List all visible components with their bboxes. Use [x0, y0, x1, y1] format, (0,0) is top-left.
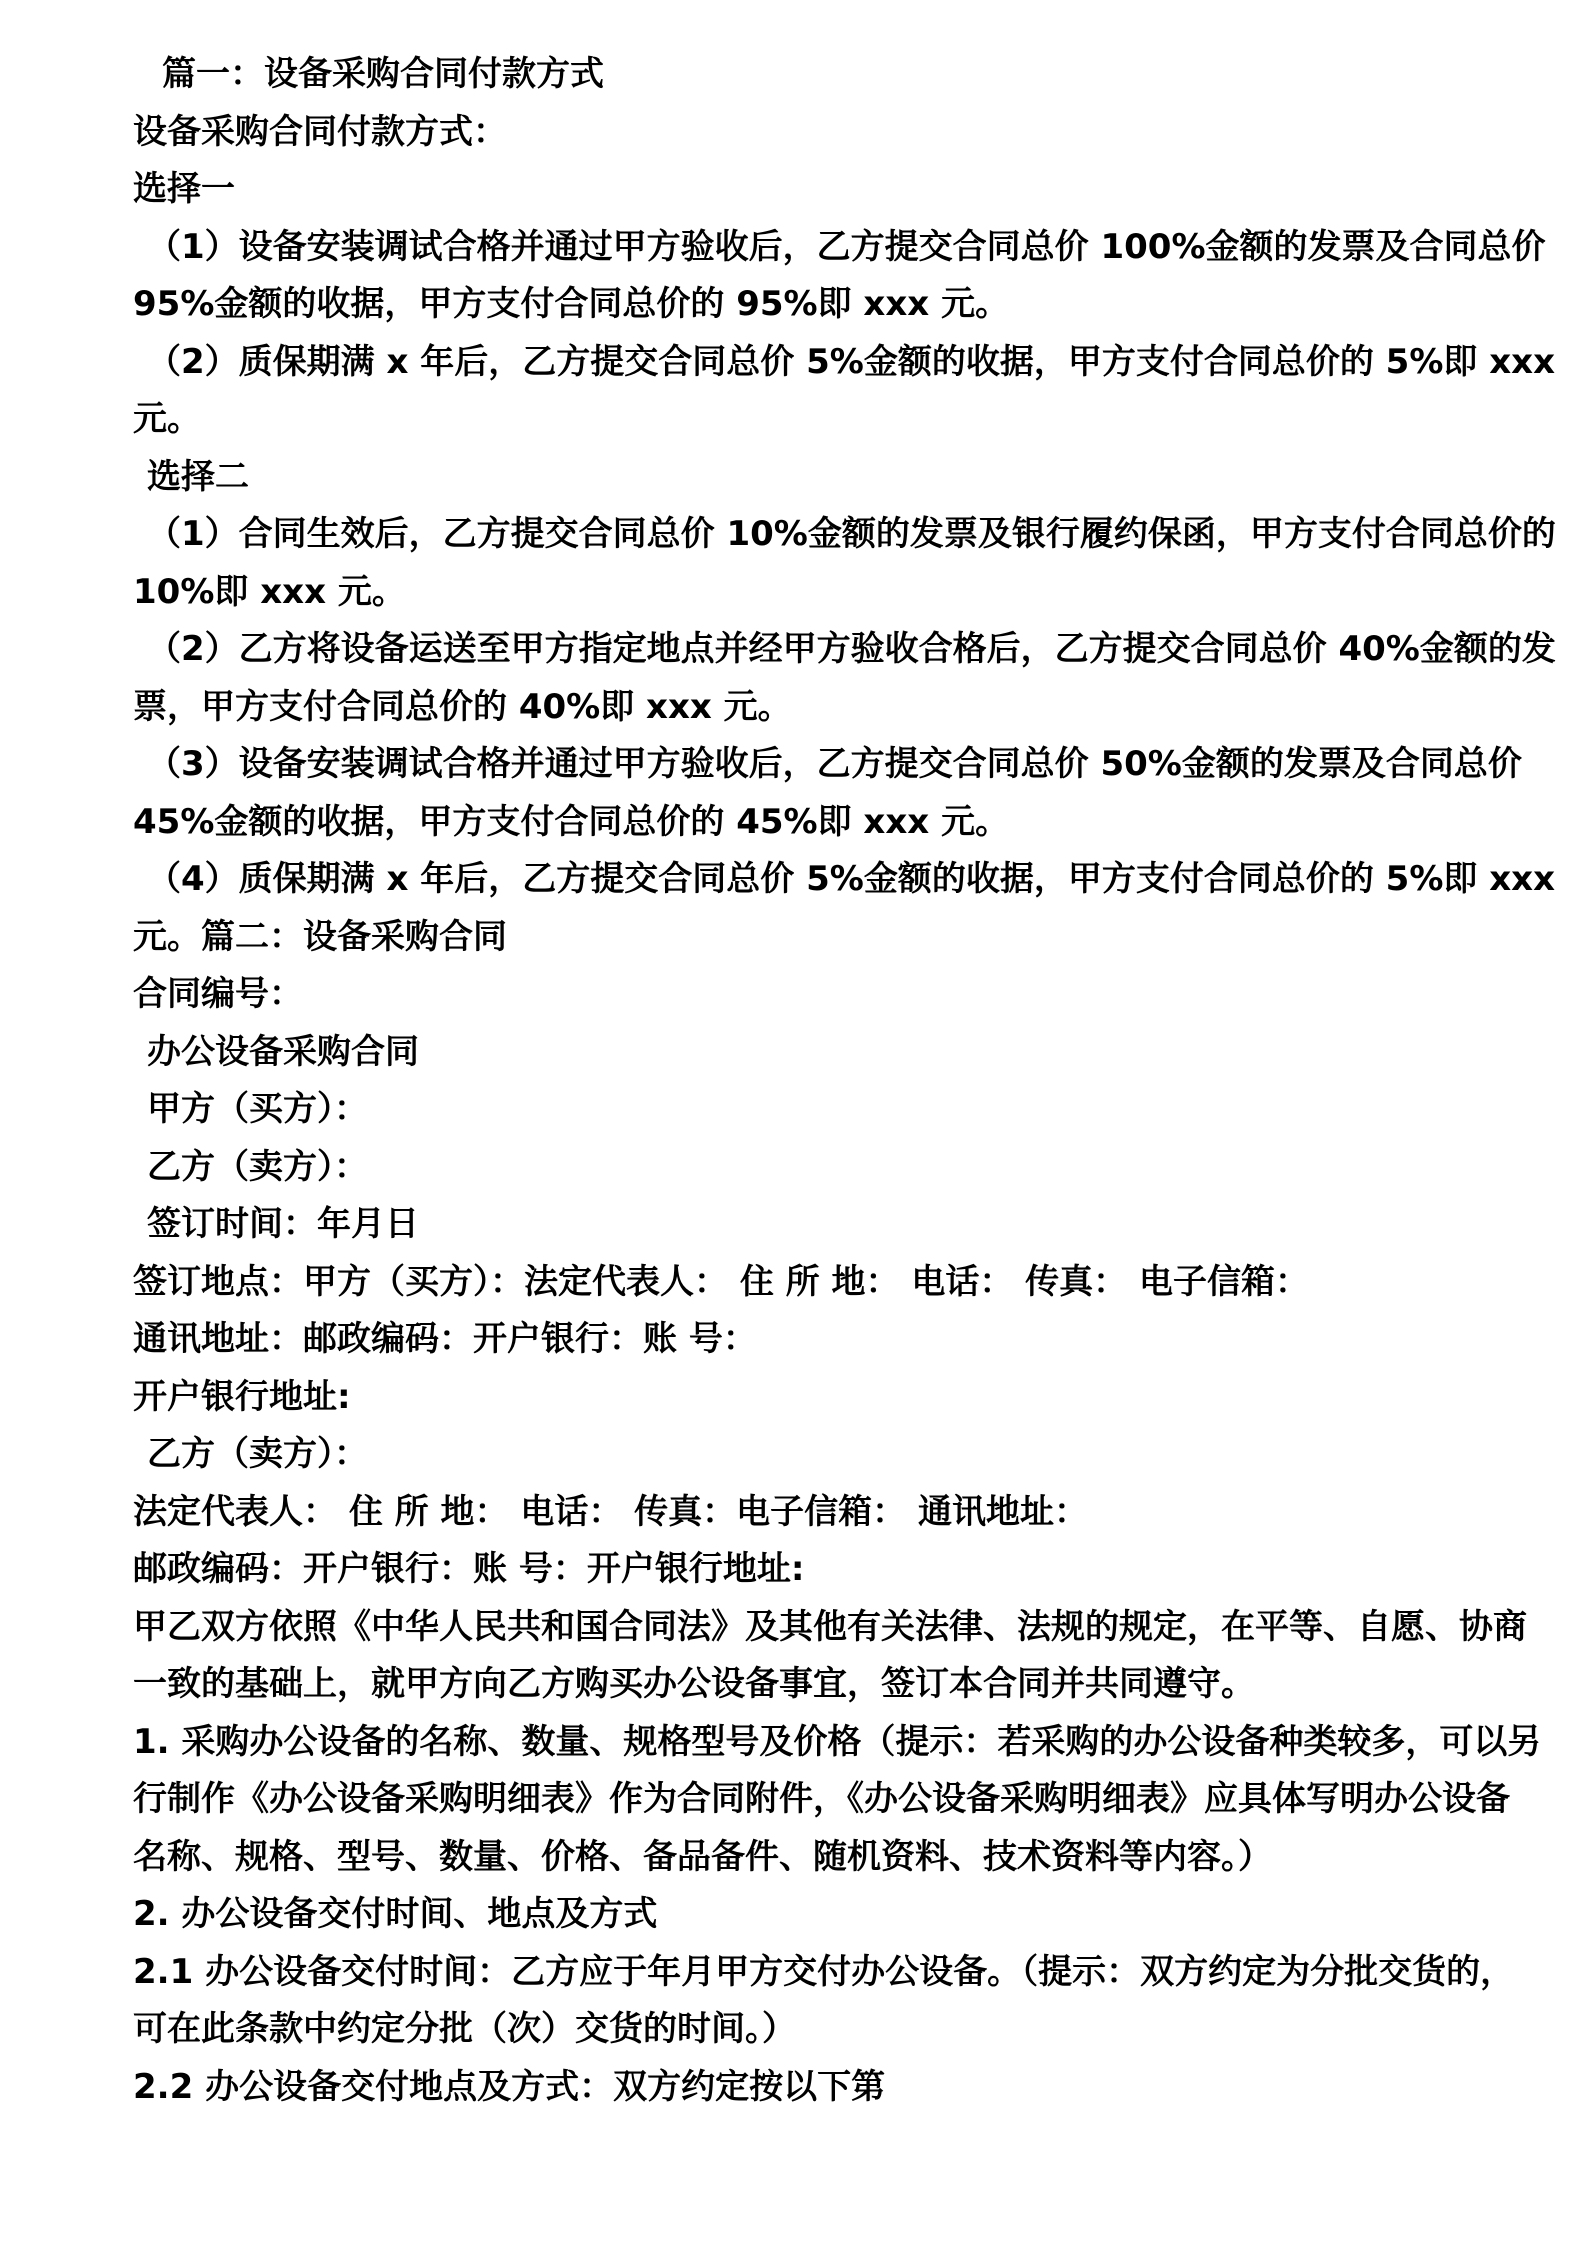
text-line: 2.2 办公设备交付地点及方式：双方约定按以下第 — [133, 2059, 1498, 2117]
text-line: （3）设备安装调试合格并通过甲方验收后，乙方提交合同总价 50%金额的发票及合同… — [133, 736, 1498, 794]
text-line: 票，甲方支付合同总价的 40%即 xxx 元。 — [133, 679, 1498, 737]
text-line: 45%金额的收据，甲方支付合同总价的 45%即 xxx 元。 — [133, 794, 1498, 852]
text-line: 2. 办公设备交付时间、地点及方式 — [133, 1886, 1498, 1944]
text-line: 名称、规格、型号、数量、价格、备品备件、随机资料、技术资料等内容。） — [133, 1829, 1498, 1887]
document-body: 篇一：设备采购合同付款方式设备采购合同付款方式：选择一（1）设备安装调试合格并通… — [133, 46, 1498, 2116]
text-line: （2）质保期满 x 年后，乙方提交合同总价 5%金额的收据，甲方支付合同总价的 … — [133, 334, 1498, 392]
text-line: 邮政编码：开户银行：账 号：开户银行地址: — [133, 1541, 1498, 1599]
text-line: 开户银行地址: — [133, 1369, 1498, 1427]
text-line: 乙方（卖方）： — [133, 1139, 1498, 1197]
text-line: 篇一：设备采购合同付款方式 — [133, 46, 1498, 104]
text-line: 95%金额的收据，甲方支付合同总价的 95%即 xxx 元。 — [133, 276, 1498, 334]
text-line: 元。篇二：设备采购合同 — [133, 909, 1498, 967]
text-line: 签订时间：年月日 — [133, 1196, 1498, 1254]
text-line: 选择一 — [133, 161, 1498, 219]
text-line: 甲方（买方）： — [133, 1081, 1498, 1139]
text-line: 法定代表人： 住 所 地： 电话： 传真：电子信箱： 通讯地址： — [133, 1484, 1498, 1542]
text-line: 乙方（卖方）： — [133, 1426, 1498, 1484]
text-line: 签订地点：甲方（买方）：法定代表人： 住 所 地： 电话： 传真： 电子信箱： — [133, 1254, 1498, 1312]
text-line: 设备采购合同付款方式： — [133, 104, 1498, 162]
text-line: 选择二 — [133, 449, 1498, 507]
text-line: 2.1 办公设备交付时间：乙方应于年月甲方交付办公设备。（提示：双方约定为分批交… — [133, 1944, 1498, 2002]
text-line: 一致的基础上，就甲方向乙方购买办公设备事宜，签订本合同并共同遵守。 — [133, 1656, 1498, 1714]
text-line: （4）质保期满 x 年后，乙方提交合同总价 5%金额的收据，甲方支付合同总价的 … — [133, 851, 1498, 909]
text-line: （1）合同生效后，乙方提交合同总价 10%金额的发票及银行履约保函，甲方支付合同… — [133, 506, 1498, 564]
text-line: 10%即 xxx 元。 — [133, 564, 1498, 622]
text-line: 1. 采购办公设备的名称、数量、规格型号及价格（提示：若采购的办公设备种类较多，… — [133, 1714, 1498, 1772]
text-line: 行制作《办公设备采购明细表》作为合同附件，《办公设备采购明细表》应具体写明办公设… — [133, 1771, 1498, 1829]
text-line: 元。 — [133, 391, 1498, 449]
document-page: 篇一：设备采购合同付款方式设备采购合同付款方式：选择一（1）设备安装调试合格并通… — [0, 0, 1586, 2244]
text-line: 可在此条款中约定分批（次）交货的时间。） — [133, 2001, 1498, 2059]
text-line: 通讯地址：邮政编码：开户银行：账 号： — [133, 1311, 1498, 1369]
text-line: 合同编号： — [133, 966, 1498, 1024]
text-line: （2）乙方将设备运送至甲方指定地点并经甲方验收合格后，乙方提交合同总价 40%金… — [133, 621, 1498, 679]
text-line: 办公设备采购合同 — [133, 1024, 1498, 1082]
text-line: （1）设备安装调试合格并通过甲方验收后，乙方提交合同总价 100%金额的发票及合… — [133, 219, 1498, 277]
text-line: 甲乙双方依照《中华人民共和国合同法》及其他有关法律、法规的规定，在平等、自愿、协… — [133, 1599, 1498, 1657]
